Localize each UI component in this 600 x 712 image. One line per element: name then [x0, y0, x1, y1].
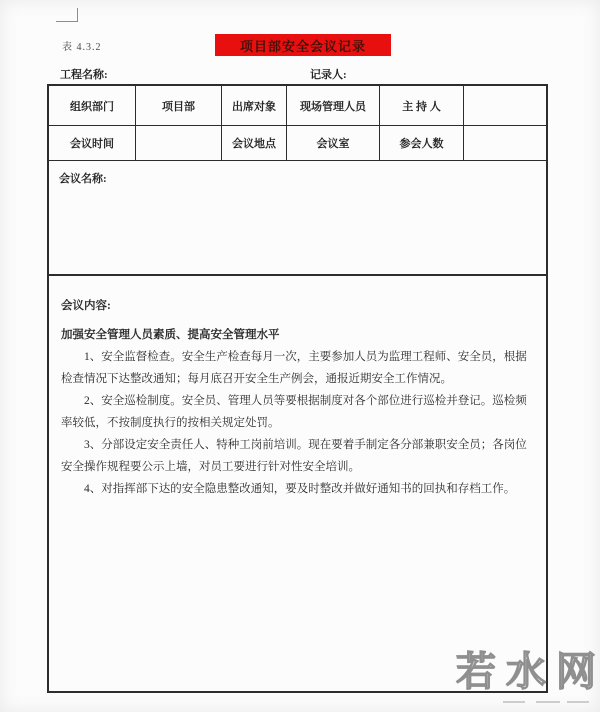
meeting-place-value-cell: 会议室	[287, 126, 380, 161]
meeting-place-label-cell: 会议地点	[222, 126, 287, 161]
meeting-content-label: 会议内容:	[61, 295, 532, 317]
table-row-2: 会议时间 会议地点 会议室 参会人数	[49, 126, 546, 161]
content-paragraph-1: 1、安全监督检查。安全生产检查每月一次，主要参加人员为监理工程师、安全员，根据检…	[61, 346, 532, 390]
recorder-label: 记录人:	[310, 66, 347, 82]
content-paragraph-4: 4、对指挥部下达的安全隐患整改通知，要及时整改并做好通知书的回执和存档工作。	[61, 478, 532, 500]
document-page: 表 4.3.2 项目部安全会议记录 工程名称: 记录人: 组织部门 项目部 出席…	[0, 0, 600, 712]
attendees-value-cell: 现场管理人员	[287, 86, 380, 126]
meeting-time-label-cell: 会议时间	[49, 126, 136, 161]
meeting-record-table: 组织部门 项目部 出席对象 现场管理人员 主 持 人 会议时间 会议地点 会议室…	[47, 84, 548, 693]
attendees-label-cell: 出席对象	[222, 86, 287, 126]
project-name-label: 工程名称:	[60, 66, 108, 82]
meeting-name-section: 会议名称:	[49, 161, 546, 276]
meeting-content-section: 会议内容: 加强安全管理人员素质、提高安全管理水平 1、安全监督检查。安全生产检…	[49, 276, 546, 691]
attendee-count-value-cell	[464, 126, 546, 161]
table-row-1: 组织部门 项目部 出席对象 现场管理人员 主 持 人	[49, 86, 546, 126]
watermark-subtext-mark	[536, 701, 560, 703]
form-number: 表 4.3.2	[62, 38, 102, 53]
org-dept-value-cell: 项目部	[136, 86, 222, 126]
content-heading: 加强安全管理人员素质、提高安全管理水平	[61, 324, 532, 346]
watermark-subtext-mark	[567, 701, 589, 703]
watermark-text: 若水网	[456, 648, 600, 696]
org-dept-label-cell: 组织部门	[49, 86, 136, 126]
watermark-subtext-mark	[503, 701, 525, 703]
host-value-cell	[464, 86, 546, 126]
page-corner-mark	[56, 8, 78, 22]
content-paragraph-2: 2、安全巡检制度。安全员、管理人员等要根据制度对各个部位进行巡检并登记。巡检频率…	[61, 390, 532, 434]
content-paragraph-3: 3、分部设定安全责任人、特种工岗前培训。现在要着手制定各分部兼职安全员；各岗位安…	[61, 434, 532, 478]
title-banner: 项目部安全会议记录	[215, 34, 391, 56]
meeting-time-value-cell	[136, 126, 222, 161]
page-title: 项目部安全会议记录	[240, 36, 366, 55]
attendee-count-label-cell: 参会人数	[380, 126, 464, 161]
host-label-cell: 主 持 人	[380, 86, 464, 126]
meeting-name-label: 会议名称:	[59, 173, 107, 185]
